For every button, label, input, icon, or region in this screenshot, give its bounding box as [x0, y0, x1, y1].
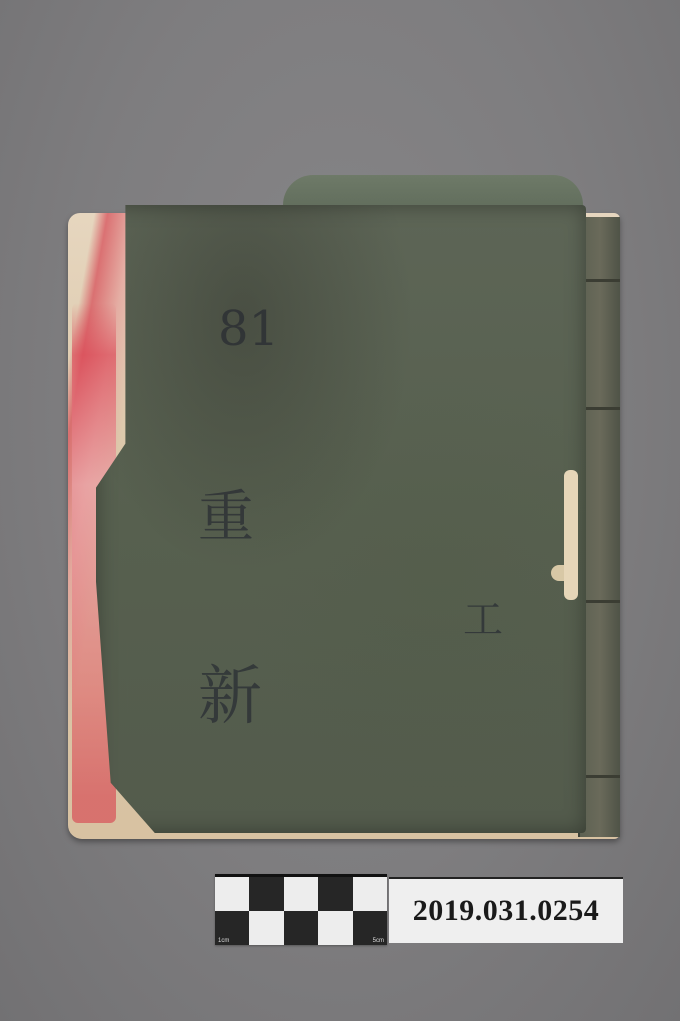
ink-inscription: 工 — [463, 600, 503, 640]
binding-stitch — [580, 279, 620, 282]
cover-tear — [564, 470, 578, 600]
scale-label-right: 5cm — [373, 938, 384, 944]
scale-cell — [215, 877, 249, 911]
binding-stitch — [580, 407, 620, 410]
scale-label-left: 1cm — [218, 938, 229, 944]
scale-cell — [353, 877, 387, 911]
binding-stitch — [580, 600, 620, 603]
scale-cell — [249, 911, 283, 945]
green-cloth-cover — [96, 205, 586, 833]
book-object: 81 重 工 新 — [68, 205, 624, 841]
ink-inscription: 81 — [218, 305, 279, 353]
ink-inscription: 重 — [198, 490, 254, 546]
scale-cell — [318, 911, 352, 945]
scale-bar: 1cm 5cm — [215, 874, 387, 945]
scale-cell — [284, 877, 318, 911]
scale-cell — [249, 877, 283, 911]
scale-cell — [284, 911, 318, 945]
accession-number-label: 2019.031.0254 — [389, 877, 623, 943]
scale-cell — [318, 877, 352, 911]
ink-inscription: 新 — [198, 665, 262, 729]
binding-stitch — [580, 775, 620, 778]
